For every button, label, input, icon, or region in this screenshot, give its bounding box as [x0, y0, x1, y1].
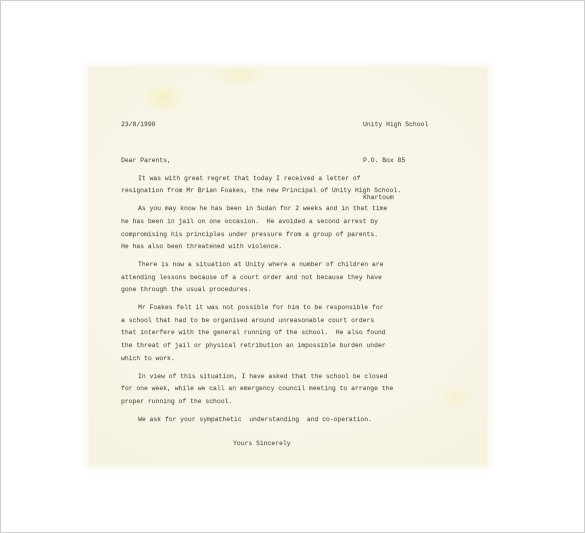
- letter-paragraph: Mr Foakes felt it was not possible for h…: [121, 302, 431, 366]
- sender-school-name: Unity High School: [363, 119, 428, 131]
- letter-paragraph: We ask for your sympathetic understandin…: [121, 414, 431, 427]
- letter-paragraph: In view of this situation, I have asked …: [121, 371, 431, 409]
- letter-date: 23/8/1990: [121, 119, 156, 132]
- letter-paragraph: There is now a situation at Unity where …: [121, 259, 431, 297]
- closing-signoff: Yours Sincerely: [233, 438, 431, 451]
- letter-paragraph: It was with great regret that today I re…: [121, 173, 431, 198]
- letter-paper: Unity High School P.O. Box 85 Khartoum 2…: [89, 68, 487, 465]
- salutation: Dear Parents,: [121, 155, 431, 168]
- scanned-letter-page: Unity High School P.O. Box 85 Khartoum 2…: [0, 0, 585, 533]
- letter-paragraph: As you may know he has been in Sudan for…: [121, 203, 431, 254]
- letter-body: Dear Parents, It was with great regret t…: [121, 155, 431, 451]
